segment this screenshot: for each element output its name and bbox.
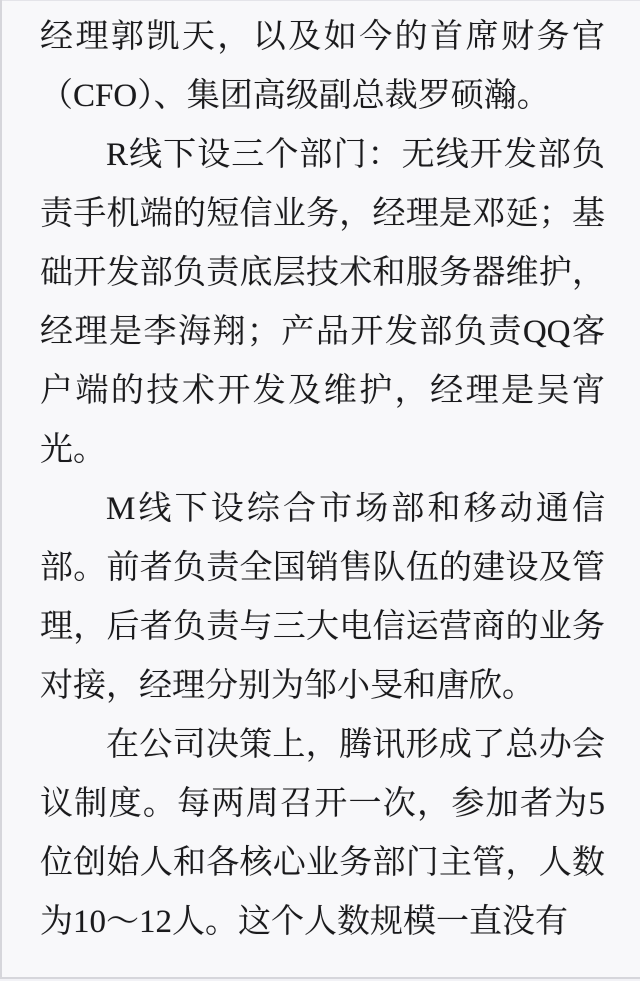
paragraph: 在公司决策上，腾讯形成了总办会议制度。每两周召开一次，参加者为5位创始人和各核心… <box>40 716 605 952</box>
page-edge-bottom <box>0 977 640 979</box>
paragraph: 经理郭凯天，以及如今的首席财务官（CFO）、集团高级副总裁罗硕瀚。 <box>40 8 605 126</box>
paragraph: M线下设综合市场部和移动通信部。前者负责全国销售队伍的建设及管理，后者负责与三大… <box>40 480 605 716</box>
paragraph: R线下设三个部门：无线开发部负责手机端的短信业务，经理是邓延；基础开发部负责底层… <box>40 126 605 480</box>
page-text: 经理郭凯天，以及如今的首席财务官（CFO）、集团高级副总裁罗硕瀚。R线下设三个部… <box>0 0 640 952</box>
book-page[interactable]: 经理郭凯天，以及如今的首席财务官（CFO）、集团高级副总裁罗硕瀚。R线下设三个部… <box>0 0 640 981</box>
